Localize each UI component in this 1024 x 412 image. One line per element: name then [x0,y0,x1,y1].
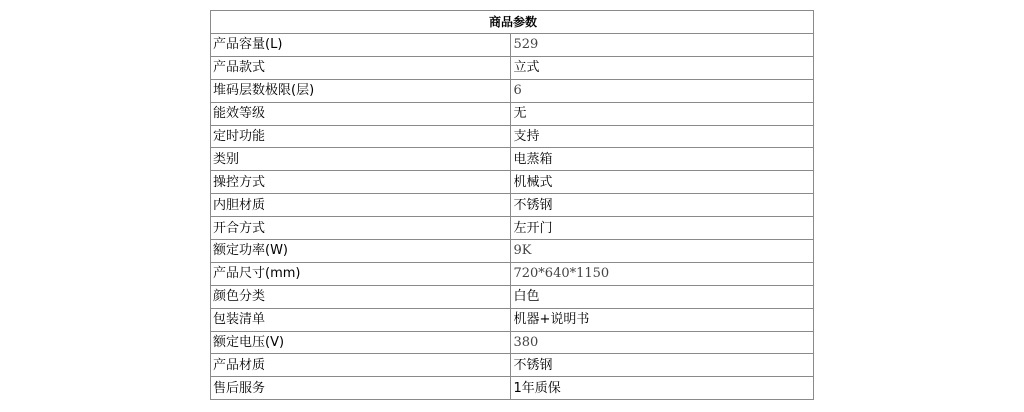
spec-value: 无 [511,102,814,125]
spec-label: 能效等级 [211,102,511,125]
spec-value: 529 [511,34,814,57]
spec-value: 9K [511,240,814,263]
product-spec-table: 商品参数 产品容量(L)529产品款式立式堆码层数极限(层)6能效等级无定时功能… [210,10,814,400]
spec-value: 机器+说明书 [511,308,814,331]
table-row: 产品款式立式 [211,56,814,79]
spec-value: 720*640*1150 [511,262,814,285]
table-row: 能效等级无 [211,102,814,125]
table-row: 产品尺寸(mm)720*640*1150 [211,262,814,285]
spec-label: 内胆材质 [211,194,511,217]
table-header-row: 商品参数 [211,11,814,34]
spec-label: 堆码层数极限(层) [211,79,511,102]
spec-value: 6 [511,79,814,102]
spec-label: 开合方式 [211,217,511,240]
spec-value: 不锈钢 [511,354,814,377]
table-row: 颜色分类白色 [211,285,814,308]
spec-label: 额定功率(W) [211,240,511,263]
table-row: 定时功能支持 [211,125,814,148]
table-row: 产品容量(L)529 [211,34,814,57]
table-row: 额定功率(W)9K [211,240,814,263]
spec-label: 产品款式 [211,56,511,79]
spec-label: 操控方式 [211,171,511,194]
table-row: 产品材质不锈钢 [211,354,814,377]
spec-value: 不锈钢 [511,194,814,217]
spec-label: 包装清单 [211,308,511,331]
spec-value: 电蒸箱 [511,148,814,171]
spec-label: 产品尺寸(mm) [211,262,511,285]
spec-label: 产品材质 [211,354,511,377]
spec-value: 380 [511,331,814,354]
table-row: 堆码层数极限(层)6 [211,79,814,102]
table-row: 售后服务1年质保 [211,377,814,400]
table-title: 商品参数 [211,11,814,34]
table-row: 包装清单机器+说明书 [211,308,814,331]
table-row: 内胆材质不锈钢 [211,194,814,217]
spec-value: 机械式 [511,171,814,194]
spec-value: 白色 [511,285,814,308]
spec-label: 颜色分类 [211,285,511,308]
spec-value: 立式 [511,56,814,79]
spec-label: 产品容量(L) [211,34,511,57]
spec-label: 售后服务 [211,377,511,400]
table-row: 开合方式左开门 [211,217,814,240]
spec-label: 额定电压(V) [211,331,511,354]
table-row: 操控方式机械式 [211,171,814,194]
spec-value: 左开门 [511,217,814,240]
spec-label: 定时功能 [211,125,511,148]
table-row: 类别电蒸箱 [211,148,814,171]
spec-value: 支持 [511,125,814,148]
spec-label: 类别 [211,148,511,171]
table-row: 额定电压(V)380 [211,331,814,354]
table-body: 产品容量(L)529产品款式立式堆码层数极限(层)6能效等级无定时功能支持类别电… [211,34,814,400]
spec-value: 1年质保 [511,377,814,400]
